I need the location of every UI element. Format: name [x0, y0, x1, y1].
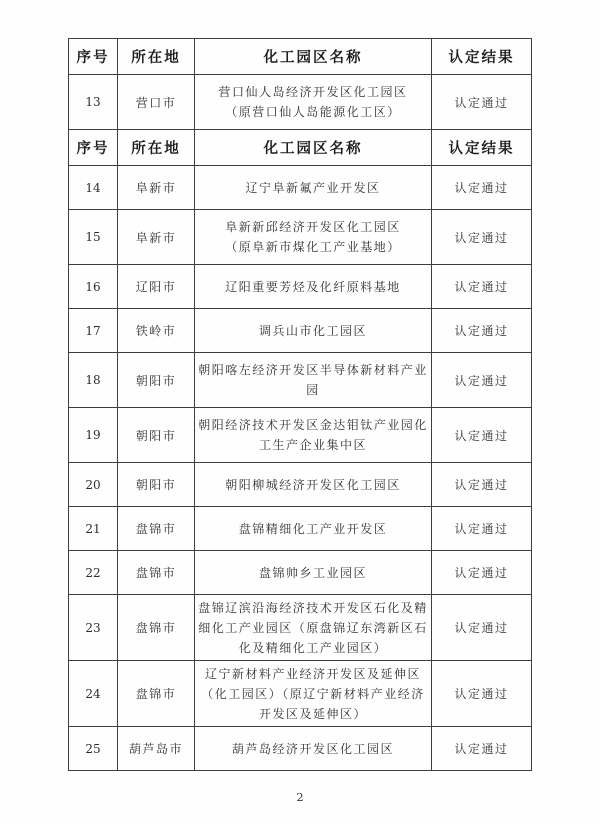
park-name-line: 辽阳重要芳烃及化纤原料基地 — [197, 277, 429, 297]
cell-result: 认定通过 — [432, 210, 532, 265]
table-row: 25葫芦岛市葫芦岛经济开发区化工园区认定通过 — [69, 727, 532, 771]
parks-table-section: 序号所在地化工园区名称认定结果13营口市营口仙人岛经济开发区化工园区（原营口仙人… — [68, 38, 532, 130]
cell-serial-number: 16 — [69, 265, 118, 309]
cell-park-name: 阜新新邱经济开发区化工园区（原阜新市煤化工产业基地） — [195, 210, 432, 265]
cell-city: 盘锦市 — [118, 507, 195, 551]
table-row: 18朝阳市朝阳喀左经济开发区半导体新材料产业园认定通过 — [69, 353, 532, 408]
cell-city: 朝阳市 — [118, 408, 195, 463]
cell-park-name: 朝阳经济技术开发区金达钼钛产业园化工生产企业集中区 — [195, 408, 432, 463]
park-name-line: 朝阳喀左经济开发区半导体新材料产业 — [197, 360, 429, 380]
cell-city: 朝阳市 — [118, 463, 195, 507]
park-name-line: 朝阳经济技术开发区金达钼钛产业园化 — [197, 415, 429, 435]
park-name-line: 朝阳柳城经济开发区化工园区 — [197, 475, 429, 495]
table-row: 22盘锦市盘锦帅乡工业园区认定通过 — [69, 551, 532, 595]
header-cell: 认定结果 — [432, 39, 532, 75]
cell-city: 盘锦市 — [118, 661, 195, 727]
park-name-line: （原阜新市煤化工产业基地） — [197, 237, 429, 257]
park-name-line: 盘锦辽滨沿海经济技术开发区石化及精 — [197, 598, 429, 618]
header-cell: 认定结果 — [432, 130, 532, 166]
cell-result: 认定通过 — [432, 507, 532, 551]
parks-table: 序号所在地化工园区名称认定结果13营口市营口仙人岛经济开发区化工园区（原营口仙人… — [68, 38, 532, 771]
cell-city: 营口市 — [118, 75, 195, 130]
table-row: 15阜新市阜新新邱经济开发区化工园区（原阜新市煤化工产业基地）认定通过 — [69, 210, 532, 265]
park-name-line: 调兵山市化工园区 — [197, 321, 429, 341]
park-name-line: 阜新新邱经济开发区化工园区 — [197, 217, 429, 237]
header-cell: 化工园区名称 — [195, 39, 432, 75]
cell-serial-number: 24 — [69, 661, 118, 727]
cell-result: 认定通过 — [432, 595, 532, 661]
park-name-line: 开发区及延伸区） — [197, 704, 429, 724]
cell-city: 辽阳市 — [118, 265, 195, 309]
cell-serial-number: 21 — [69, 507, 118, 551]
cell-park-name: 朝阳喀左经济开发区半导体新材料产业园 — [195, 353, 432, 408]
cell-city: 朝阳市 — [118, 353, 195, 408]
cell-city: 盘锦市 — [118, 595, 195, 661]
parks-table-section: 序号所在地化工园区名称认定结果14阜新市辽宁阜新氟产业开发区认定通过15阜新市阜… — [68, 129, 532, 771]
cell-serial-number: 20 — [69, 463, 118, 507]
cell-serial-number: 15 — [69, 210, 118, 265]
cell-serial-number: 18 — [69, 353, 118, 408]
page-number: 2 — [0, 790, 600, 804]
table-row: 14阜新市辽宁阜新氟产业开发区认定通过 — [69, 166, 532, 210]
cell-park-name: 辽阳重要芳烃及化纤原料基地 — [195, 265, 432, 309]
cell-serial-number: 17 — [69, 309, 118, 353]
cell-serial-number: 14 — [69, 166, 118, 210]
cell-park-name: 辽宁阜新氟产业开发区 — [195, 166, 432, 210]
table-row: 19朝阳市朝阳经济技术开发区金达钼钛产业园化工生产企业集中区认定通过 — [69, 408, 532, 463]
header-cell: 所在地 — [118, 39, 195, 75]
cell-city: 葫芦岛市 — [118, 727, 195, 771]
table-row: 21盘锦市盘锦精细化工产业开发区认定通过 — [69, 507, 532, 551]
table-row: 16辽阳市辽阳重要芳烃及化纤原料基地认定通过 — [69, 265, 532, 309]
park-name-line: 盘锦精细化工产业开发区 — [197, 519, 429, 539]
cell-park-name: 辽宁新材料产业经济开发区及延伸区（化工园区）（原辽宁新材料产业经济开发区及延伸区… — [195, 661, 432, 727]
cell-park-name: 葫芦岛经济开发区化工园区 — [195, 727, 432, 771]
park-name-line: （原营口仙人岛能源化工区） — [197, 102, 429, 122]
park-name-line: 辽宁新材料产业经济开发区及延伸区 — [197, 664, 429, 684]
cell-serial-number: 19 — [69, 408, 118, 463]
cell-result: 认定通过 — [432, 166, 532, 210]
cell-serial-number: 22 — [69, 551, 118, 595]
cell-park-name: 盘锦帅乡工业园区 — [195, 551, 432, 595]
park-name-line: 细化工产业园区（原盘锦辽东湾新区石 — [197, 618, 429, 638]
park-name-line: 盘锦帅乡工业园区 — [197, 563, 429, 583]
cell-city: 盘锦市 — [118, 551, 195, 595]
table-row: 23盘锦市盘锦辽滨沿海经济技术开发区石化及精细化工产业园区（原盘锦辽东湾新区石化… — [69, 595, 532, 661]
table-row: 20朝阳市朝阳柳城经济开发区化工园区认定通过 — [69, 463, 532, 507]
cell-serial-number: 25 — [69, 727, 118, 771]
cell-park-name: 朝阳柳城经济开发区化工园区 — [195, 463, 432, 507]
cell-city: 铁岭市 — [118, 309, 195, 353]
header-row: 序号所在地化工园区名称认定结果 — [69, 39, 532, 75]
table-row: 13营口市营口仙人岛经济开发区化工园区（原营口仙人岛能源化工区）认定通过 — [69, 75, 532, 130]
cell-result: 认定通过 — [432, 265, 532, 309]
park-name-line: 辽宁阜新氟产业开发区 — [197, 178, 429, 198]
cell-result: 认定通过 — [432, 727, 532, 771]
cell-park-name: 调兵山市化工园区 — [195, 309, 432, 353]
cell-result: 认定通过 — [432, 661, 532, 727]
cell-result: 认定通过 — [432, 75, 532, 130]
cell-serial-number: 13 — [69, 75, 118, 130]
cell-result: 认定通过 — [432, 408, 532, 463]
park-name-line: 化及精细化工产业园区） — [197, 638, 429, 658]
cell-park-name: 营口仙人岛经济开发区化工园区（原营口仙人岛能源化工区） — [195, 75, 432, 130]
header-cell: 序号 — [69, 39, 118, 75]
park-name-line: （化工园区）（原辽宁新材料产业经济 — [197, 684, 429, 704]
document-page: 序号所在地化工园区名称认定结果13营口市营口仙人岛经济开发区化工园区（原营口仙人… — [0, 0, 600, 824]
header-cell: 序号 — [69, 130, 118, 166]
header-cell: 化工园区名称 — [195, 130, 432, 166]
header-cell: 所在地 — [118, 130, 195, 166]
cell-result: 认定通过 — [432, 551, 532, 595]
park-name-line: 园 — [197, 380, 429, 400]
cell-park-name: 盘锦辽滨沿海经济技术开发区石化及精细化工产业园区（原盘锦辽东湾新区石化及精细化工… — [195, 595, 432, 661]
cell-result: 认定通过 — [432, 463, 532, 507]
park-name-line: 营口仙人岛经济开发区化工园区 — [197, 82, 429, 102]
cell-result: 认定通过 — [432, 309, 532, 353]
table-row: 24盘锦市辽宁新材料产业经济开发区及延伸区（化工园区）（原辽宁新材料产业经济开发… — [69, 661, 532, 727]
table-row: 17铁岭市调兵山市化工园区认定通过 — [69, 309, 532, 353]
cell-serial-number: 23 — [69, 595, 118, 661]
park-name-line: 工生产企业集中区 — [197, 435, 429, 455]
cell-city: 阜新市 — [118, 166, 195, 210]
park-name-line: 葫芦岛经济开发区化工园区 — [197, 739, 429, 759]
cell-result: 认定通过 — [432, 353, 532, 408]
cell-park-name: 盘锦精细化工产业开发区 — [195, 507, 432, 551]
header-row: 序号所在地化工园区名称认定结果 — [69, 130, 532, 166]
cell-city: 阜新市 — [118, 210, 195, 265]
